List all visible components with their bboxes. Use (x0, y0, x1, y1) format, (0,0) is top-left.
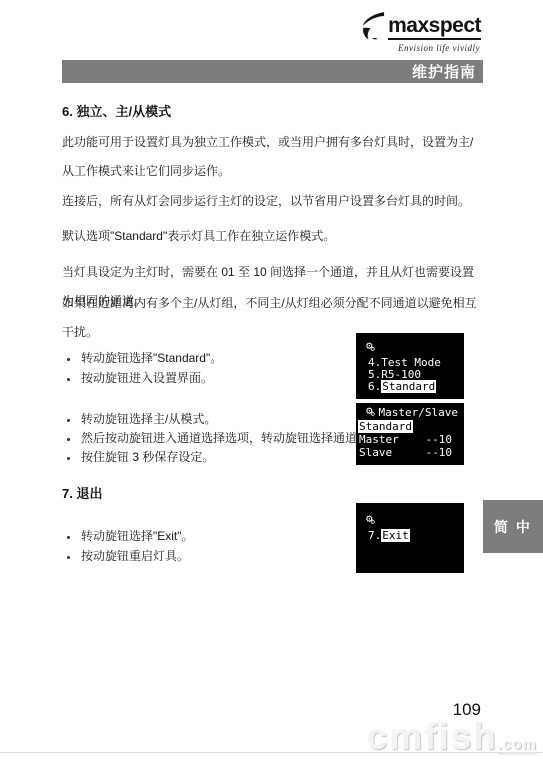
section-banner: 维护指南 (62, 60, 483, 83)
mode-option-master: Master --10 (356, 433, 464, 446)
watermark-text: cmfish (367, 716, 498, 757)
step-list-exit: 转动旋钮选择"Exit"。 按动旋钮重启灯具。 (66, 526, 369, 566)
menu-item-r5-100: 5.R5-100 (366, 369, 464, 381)
step-list-master-slave: 转动旋钮选择主/从模式。 然后按动旋钮进入通道选择选项，转动旋钮选择通道。 按住… (66, 410, 379, 467)
manual-page: maxspect Envision life vividly 维护指南 6. 独… (0, 0, 543, 759)
selected-option-highlight: Standard (358, 420, 413, 433)
brand-tagline: Envision life vividly (361, 43, 481, 53)
section-6-paragraph-2: 连接后，所有从灯会同步运行主灯的设定，以节省用户设置多台灯具的时间。 (62, 187, 484, 216)
mode-option-standard: Standard (356, 420, 464, 433)
screen-title: Master/Slave (375, 406, 458, 419)
section-6-paragraph-3: 默认选项"Standard"表示灯具工作在独立运作模式。 (62, 222, 484, 251)
language-tab-label: 简 中 (494, 517, 532, 537)
mode-label: Master (359, 433, 399, 446)
step-item: 按动旋钮进入设置界面。 (79, 368, 369, 388)
gear-icon: ⚙⚙ (366, 341, 375, 354)
section-7-heading: 7. 退出 (62, 483, 102, 502)
menu-item-test-mode: 4.Test Mode (366, 357, 464, 369)
step-list-standard: 转动旋钮选择"Standard"。 按动旋钮进入设置界面。 (66, 348, 369, 388)
banner-title: 维护指南 (412, 61, 476, 82)
section-6-paragraph-1: 此功能可用于设置灯具为独立工作模式，或当用户拥有多台灯具时，设置为主/从工作模式… (62, 128, 484, 186)
step-item: 转动旋钮选择"Exit"。 (79, 526, 369, 546)
mode-label: Slave (359, 446, 392, 459)
brand-name: maxspect (388, 15, 481, 40)
menu-item-standard: 6.Standard (366, 381, 464, 393)
mode-option-slave: Slave --10 (356, 446, 464, 459)
channel-value: --10 (426, 433, 453, 446)
menu-item-number: 6. (368, 380, 381, 393)
section-6-heading: 6. 独立、主/从模式 (62, 101, 171, 120)
maxspect-swoosh-icon (361, 12, 385, 40)
lcd-screen-settings-menu: ⚙⚙ 4.Test Mode 5.R5-100 6.Standard (356, 333, 464, 399)
gear-icon: ⚙⚙ (366, 514, 375, 527)
lcd-screen-exit: ⚙⚙ 7.Exit (356, 503, 464, 573)
menu-item-exit: 7.Exit (366, 530, 464, 542)
lcd-screen-master-slave: ⚙⚙ Master/Slave Standard Master --10 Sla… (356, 403, 464, 465)
step-item: 按住旋钮 3 秒保存设定。 (79, 448, 379, 467)
step-item: 然后按动旋钮进入通道选择选项，转动旋钮选择通道。 (79, 429, 379, 448)
selected-option-highlight: Exit (381, 529, 410, 542)
gear-icon: ⚙⚙ (366, 406, 375, 419)
channel-value: --10 (426, 446, 453, 459)
step-item: 转动旋钮选择主/从模式。 (79, 410, 379, 429)
maxspect-logo: maxspect Envision life vividly (361, 12, 481, 53)
language-tab-simplified-chinese: 简 中 (483, 500, 543, 553)
menu-item-number: 7. (368, 529, 381, 542)
step-item: 转动旋钮选择"Standard"。 (79, 348, 369, 368)
selected-option-highlight: Standard (381, 380, 436, 393)
step-item: 按动旋钮重启灯具。 (79, 546, 369, 566)
footer-divider-line (0, 752, 543, 753)
